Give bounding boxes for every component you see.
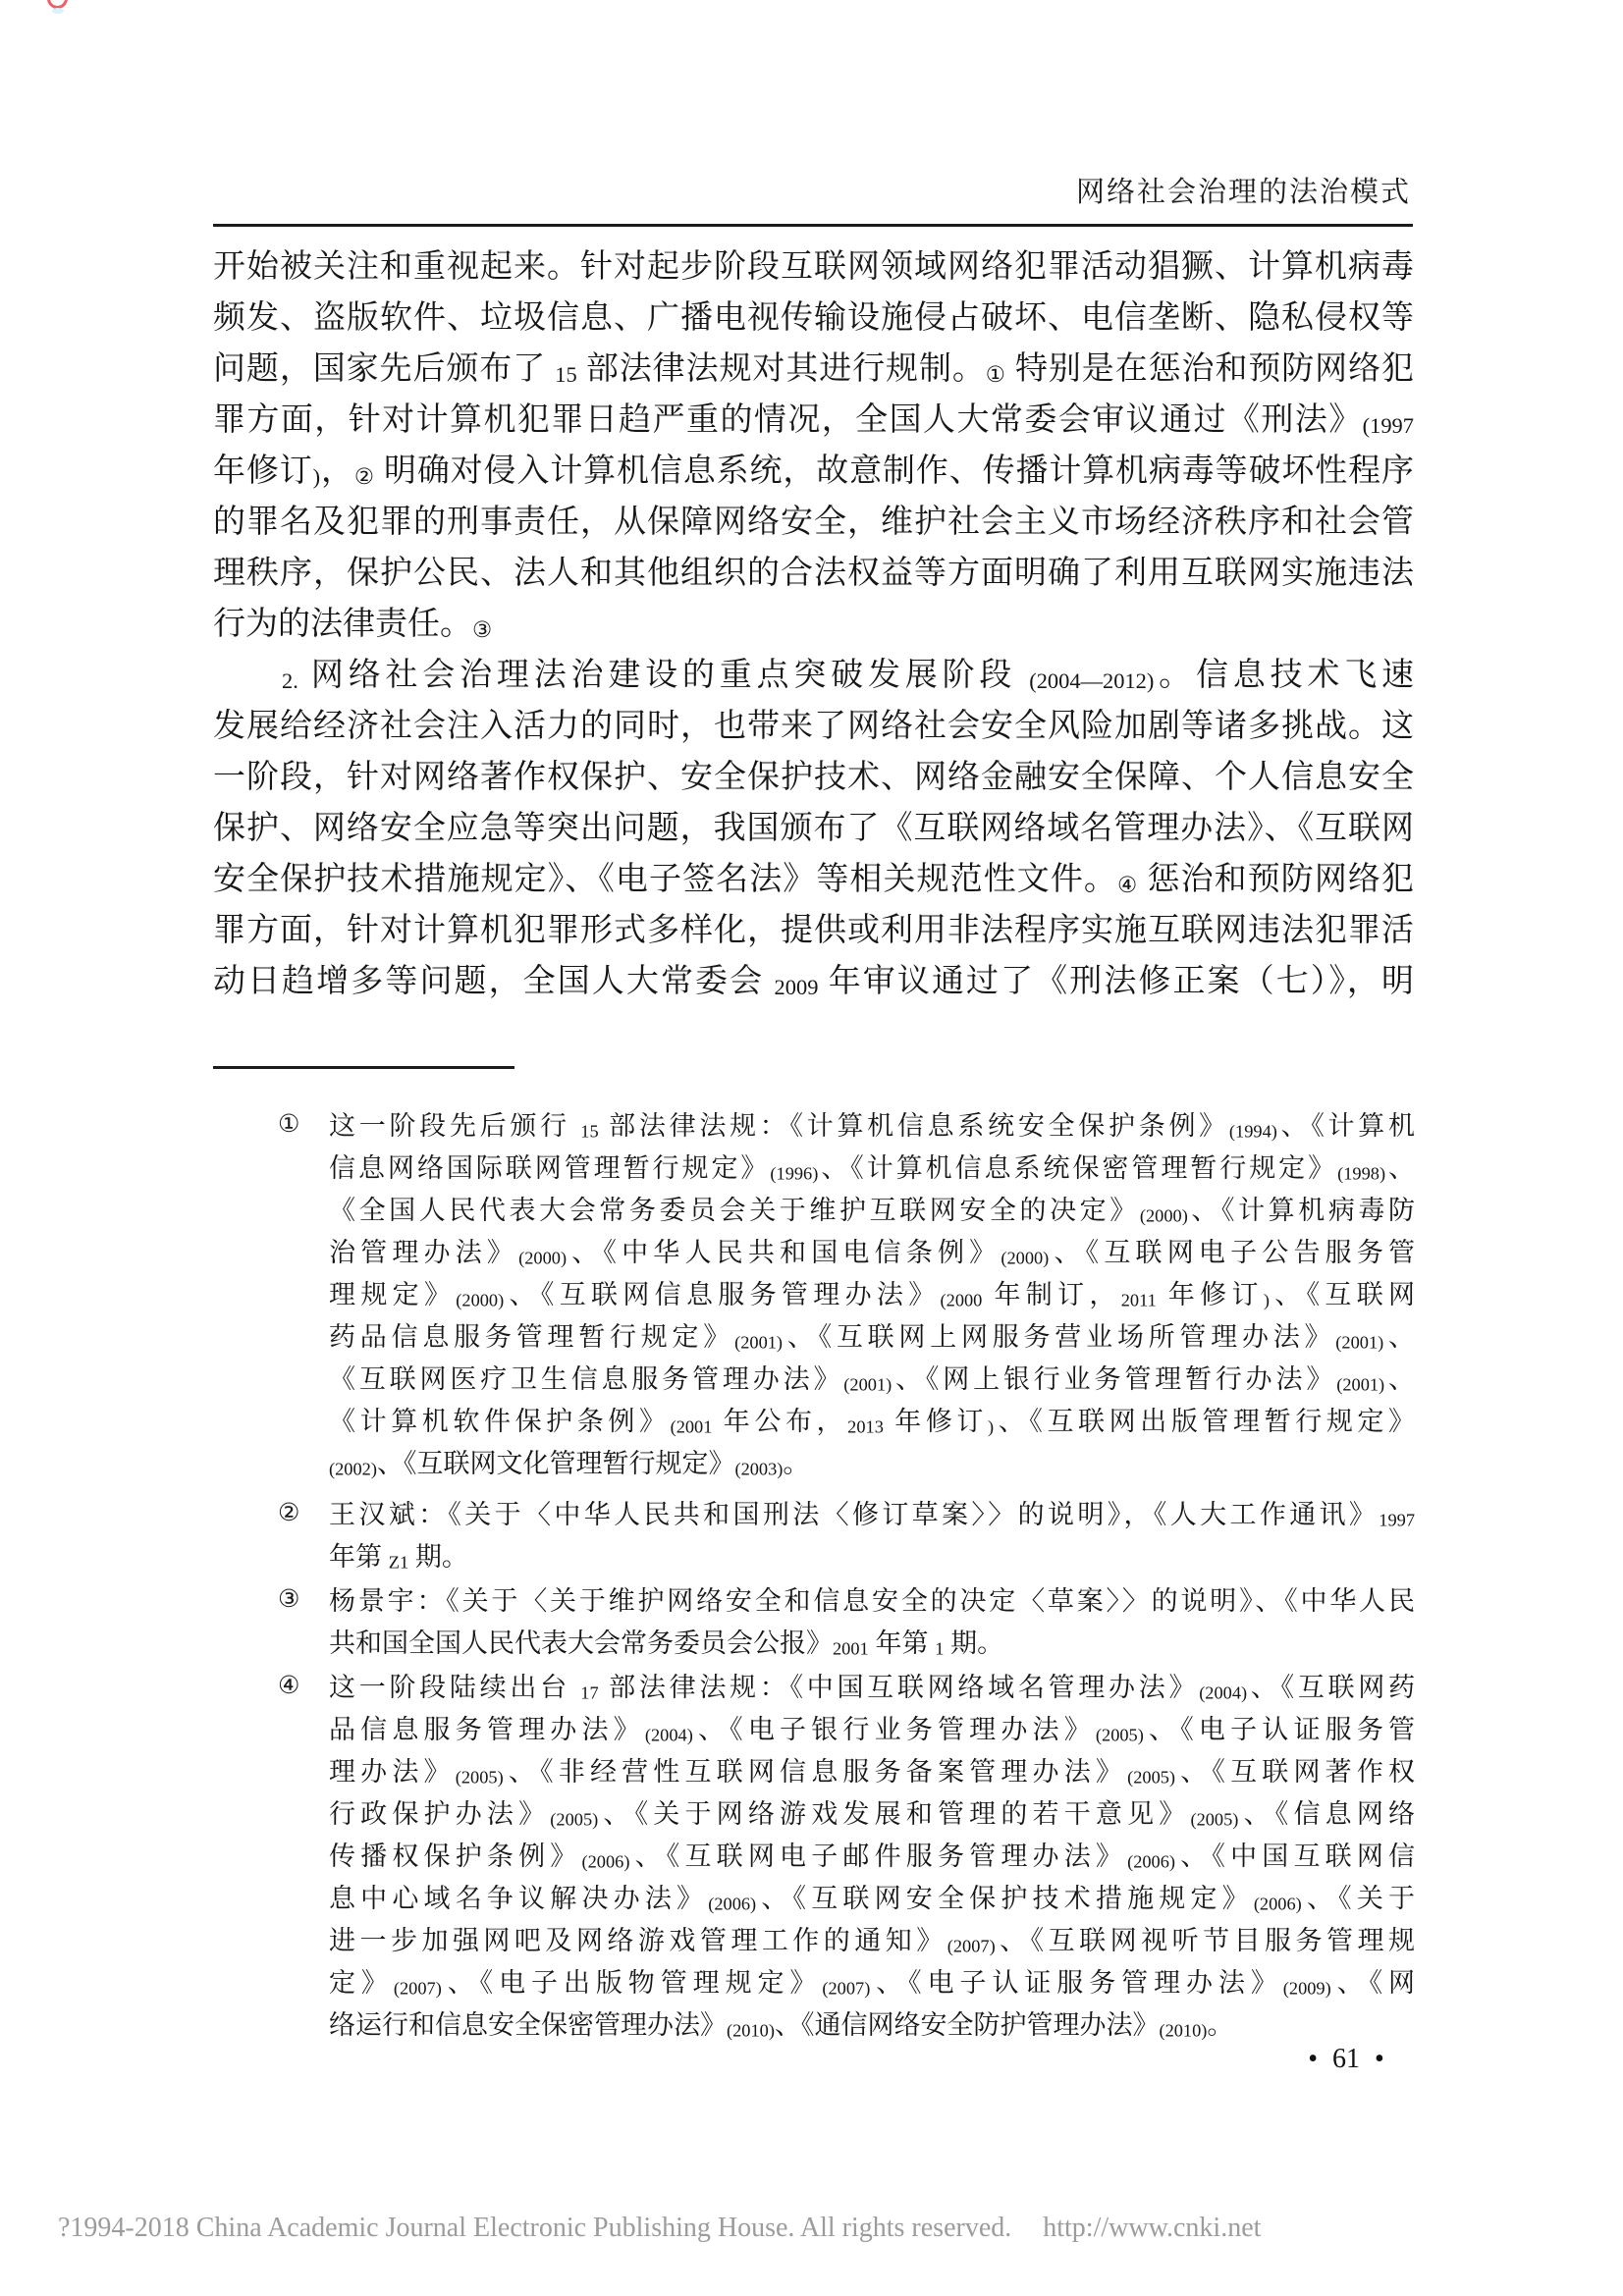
footnote-line: 药品信息服务管理暂行规定》(2001)、《互联网上网服务营业场所管理办法》(20… <box>329 1316 1415 1359</box>
footnote-line: 理规定》(2000)、《互联网信息服务管理办法》(2000 年制订，2011 年… <box>329 1274 1415 1316</box>
body-line: 发展给经济社会注入活力的同时，也带来了网络社会安全风险加剧等诸多挑战。这 <box>213 701 1414 752</box>
running-header-title: 网络社会治理的法治模式 <box>1076 170 1411 210</box>
footnote-marker: ① <box>278 1109 317 1139</box>
footnote-3: ③ 杨景宇：《关于〈关于维护网络安全和信息安全的决定〈草案〉〉的说明》、《中华人… <box>278 1580 1436 1665</box>
footnote-line: 定》(2007)、《电子出版物管理规定》(2007)、《电子认证服务管理办法》(… <box>329 1962 1415 2004</box>
footnote-marker: ③ <box>278 1584 317 1614</box>
footnote-4: ④ 这一阶段陆续出台 17 部法律法规：《中国互联网络域名管理办法》(2004)… <box>278 1667 1436 2047</box>
footnote-2: ② 王汉斌：《关于〈中华人民共和国刑法〈修订草案〉〉的说明》，《人大工作通讯》1… <box>278 1494 1436 1578</box>
footnote-1: ① 这一阶段先后颁行 15 部法律法规：《计算机信息系统安全保护条例》(1994… <box>278 1105 1436 1485</box>
footnote-line: 治管理办法》(2000)、《中华人民共和国电信条例》(2000)、《互联网电子公… <box>329 1232 1415 1274</box>
footnote-text: 这一阶段先后颁行 15 部法律法规：《计算机信息系统安全保护条例》(1994)、… <box>329 1105 1415 1485</box>
footnote-marker: ④ <box>278 1671 317 1700</box>
page-number: • 61 • <box>1260 2044 1433 2075</box>
body-line: 保护、网络安全应急等突出问题，我国颁布了《互联网络域名管理办法》、《互联网 <box>213 803 1414 854</box>
footnote-line: 传播权保护条例》(2006)、《互联网电子邮件服务管理办法》(2006)、《中国… <box>329 1836 1415 1878</box>
body-line: 罪方面，针对计算机犯罪形式多样化，提供或利用非法程序实施互联网违法犯罪活 <box>213 905 1414 956</box>
body-line: 理秩序，保护公民、法人和其他组织的合法权益等方面明确了利用互联网实施违法 <box>213 548 1414 599</box>
footnote-line: 共和国全国人民代表大会常务委员会公报》2001 年第 1 期。 <box>329 1623 1415 1665</box>
copyright-watermark: ?1994-2018 China Academic Journal Electr… <box>58 2213 1261 2244</box>
footnote-text: 杨景宇：《关于〈关于维护网络安全和信息安全的决定〈草案〉〉的说明》、《中华人民 … <box>329 1580 1415 1665</box>
scanned-document-page: 网络社会治理的法治模式 开始被关注和重视起来。针对起步阶段互联网领域网络犯罪活动… <box>0 0 1623 2296</box>
footnote-line: 《互联网医疗卫生信息服务管理办法》(2001)、《网上银行业务管理暂行办法》(2… <box>329 1359 1415 1401</box>
body-text: 开始被关注和重视起来。针对起步阶段互联网领域网络犯罪活动猖獗、计算机病毒 频发、… <box>213 241 1414 1007</box>
header-rule <box>213 224 1413 227</box>
footnote-marker: ② <box>278 1498 317 1527</box>
body-line: 频发、盗版软件、垃圾信息、广播电视传输设施侵占破坏、电信垄断、隐私侵权等 <box>213 293 1414 344</box>
footnote-line: 杨景宇：《关于〈关于维护网络安全和信息安全的决定〈草案〉〉的说明》、《中华人民 <box>329 1580 1415 1623</box>
footnote-line: 《计算机软件保护条例》(2001 年公布，2013 年修订)、《互联网出版管理暂… <box>329 1401 1415 1443</box>
body-line: 年修订)，② 明确对侵入计算机信息系统，故意制作、传播计算机病毒等破坏性程序 <box>213 446 1414 497</box>
body-line: 开始被关注和重视起来。针对起步阶段互联网领域网络犯罪活动猖獗、计算机病毒 <box>213 241 1414 293</box>
footnote-line: 这一阶段先后颁行 15 部法律法规：《计算机信息系统安全保护条例》(1994)、… <box>329 1105 1415 1148</box>
footnote-line: 王汉斌：《关于〈中华人民共和国刑法〈修订草案〉〉的说明》，《人大工作通讯》199… <box>329 1494 1415 1536</box>
footnote-line: 这一阶段陆续出台 17 部法律法规：《中国互联网络域名管理办法》(2004)、《… <box>329 1667 1415 1709</box>
footnote-line: 信息网络国际联网管理暂行规定》(1996)、《计算机信息系统保密管理暂行规定》(… <box>329 1148 1415 1190</box>
footnote-line: 理办法》(2005)、《非经营性互联网信息服务备案管理办法》(2005)、《互联… <box>329 1751 1415 1793</box>
body-line: 的罪名及犯罪的刑事责任，从保障网络安全，维护社会主义市场经济秩序和社会管 <box>213 497 1414 548</box>
cnki-url: http://www.cnki.net <box>1043 2213 1261 2243</box>
footnote-line: 年第 Z1 期。 <box>329 1536 1415 1578</box>
body-line: 问题，国家先后颁布了 15 部法律法规对其进行规制。① 特别是在惩治和预防网络犯 <box>213 344 1414 395</box>
body-line: 2. 网络社会治理法治建设的重点突破发展阶段 (2004—2012)。信息技术飞… <box>213 650 1414 701</box>
footnote-text: 这一阶段陆续出台 17 部法律法规：《中国互联网络域名管理办法》(2004)、《… <box>329 1667 1415 2047</box>
body-line: 安全保护技术措施规定》、《电子签名法》等相关规范性文件。④ 惩治和预防网络犯 <box>213 854 1414 905</box>
footnote-line: 息中心域名争议解决办法》(2006)、《互联网安全保护技术措施规定》(2006)… <box>329 1878 1415 1920</box>
body-line: 行为的法律责任。③ <box>213 599 1414 650</box>
footnote-separator-rule <box>213 1066 514 1069</box>
footnote-text: 王汉斌：《关于〈中华人民共和国刑法〈修订草案〉〉的说明》，《人大工作通讯》199… <box>329 1494 1415 1578</box>
copyright-text: ?1994-2018 China Academic Journal Electr… <box>58 2213 1011 2243</box>
footnote-line: 络运行和信息安全保密管理办法》(2010)、《通信网络安全防护管理办法》(201… <box>329 2004 1415 2047</box>
body-line: 动日趋增多等问题，全国人大常委会 2009 年审议通过了《刑法修正案（七）》，明 <box>213 956 1414 1007</box>
footnote-line: (2002)、《互联网文化管理暂行规定》(2003)。 <box>329 1443 1415 1485</box>
footnote-line: 品信息服务管理办法》(2004)、《电子银行业务管理办法》(2005)、《电子认… <box>329 1709 1415 1751</box>
body-line: 罪方面，针对计算机犯罪日趋严重的情况，全国人大常委会审议通过《刑法》(1997 <box>213 395 1414 446</box>
body-line: 一阶段，针对网络著作权保护、安全保护技术、网络金融安全保障、个人信息安全 <box>213 752 1414 803</box>
footnote-line: 行政保护办法》(2005)、《关于网络游戏发展和管理的若干意见》(2005)、《… <box>329 1793 1415 1836</box>
footnote-line: 进一步加强网吧及网络游戏管理工作的通知》(2007)、《互联网视听节目服务管理规 <box>329 1920 1415 1962</box>
scan-artifact-blue-mark <box>52 8 64 14</box>
footnote-line: 《全国人民代表大会常务委员会关于维护互联网安全的决定》(2000)、《计算机病毒… <box>329 1190 1415 1232</box>
